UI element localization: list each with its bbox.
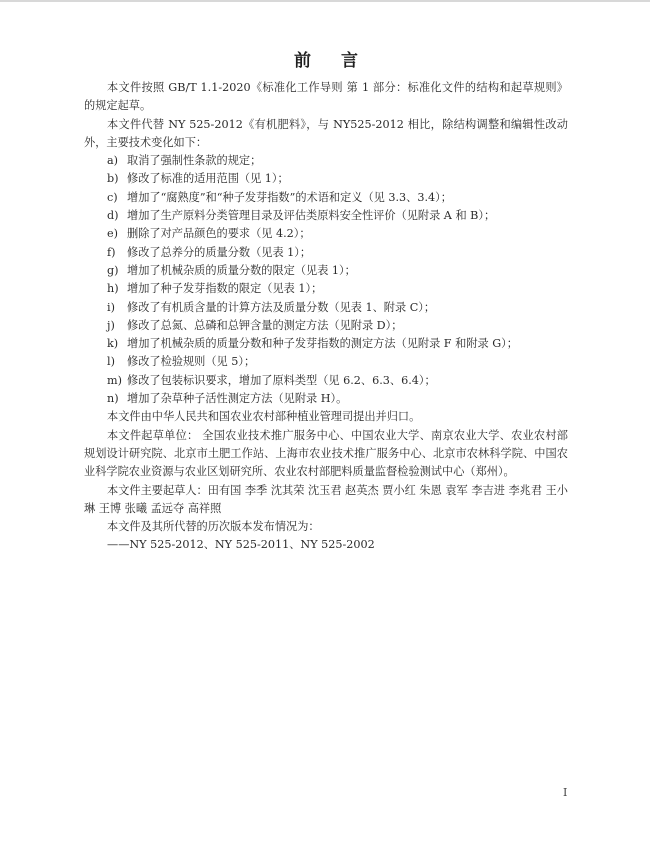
list-item: n)增加了杂草种子活性测定方法（见附录 H）。 [84, 390, 568, 408]
list-item: c)增加了“腐熟度”和“种子发芽指数”的术语和定义（见 3.3、3.4）； [84, 189, 568, 207]
document-body: 本文件按照 GB/T 1.1-2020《标准化工作导则 第 1 部分：标准化文件… [84, 79, 568, 555]
paragraph-proposer: 本文件由中华人民共和国农业农村部种植业管理司提出并归口。 [84, 408, 568, 426]
list-item: m)修改了包装标识要求，增加了原料类型（见 6.2、6.3、6.4）； [84, 372, 568, 390]
changes-list: a)取消了强制性条款的规定； b)修改了标准的适用范围（见 1）； c)增加了“… [84, 152, 568, 408]
list-item: l)修改了检验规则（见 5）； [84, 353, 568, 371]
paragraph-drafting-basis: 本文件按照 GB/T 1.1-2020《标准化工作导则 第 1 部分：标准化文件… [84, 79, 568, 116]
list-item: k)增加了机械杂质的质量分数和种子发芽指数的测定方法（见附录 F 和附录 G）； [84, 335, 568, 353]
list-item: f)修改了总养分的质量分数（见表 1）； [84, 244, 568, 262]
list-item: j)修改了总氮、总磷和总钾含量的测定方法（见附录 D）； [84, 317, 568, 335]
list-item: g)增加了机械杂质的质量分数的限定（见表 1）； [84, 262, 568, 280]
top-border [0, 0, 650, 2]
paragraph-drafting-units: 本文件起草单位： 全国农业技术推广服务中心、中国农业大学、南京农业大学、农业农村… [84, 427, 568, 482]
list-item: a)取消了强制性条款的规定； [84, 152, 568, 170]
list-item: b)修改了标准的适用范围（见 1）； [84, 170, 568, 188]
page-number: I [563, 786, 567, 799]
list-item: d)增加了生产原料分类管理目录及评估类原料安全性评价（见附录 A 和 B）； [84, 207, 568, 225]
paragraph-version-history-intro: 本文件及其所代替的历次版本发布情况为： [84, 518, 568, 536]
list-item: i)修改了有机质含量的计算方法及质量分数（见表 1、附录 C）； [84, 299, 568, 317]
paragraph-version-history: ——NY 525-2012、NY 525-2011、NY 525-2002 [84, 536, 568, 554]
page-title: 前言 [84, 50, 568, 72]
list-item: h)增加了种子发芽指数的限定（见表 1）； [84, 280, 568, 298]
list-item: e)删除了对产品颜色的要求（见 4.2）； [84, 225, 568, 243]
paragraph-replaces: 本文件代替 NY 525-2012《有机肥料》，与 NY525-2012 相比，… [84, 116, 568, 153]
paragraph-drafters: 本文件主要起草人：田有国 李季 沈其荣 沈玉君 赵英杰 贾小红 朱恩 袁军 李吉… [84, 482, 568, 519]
